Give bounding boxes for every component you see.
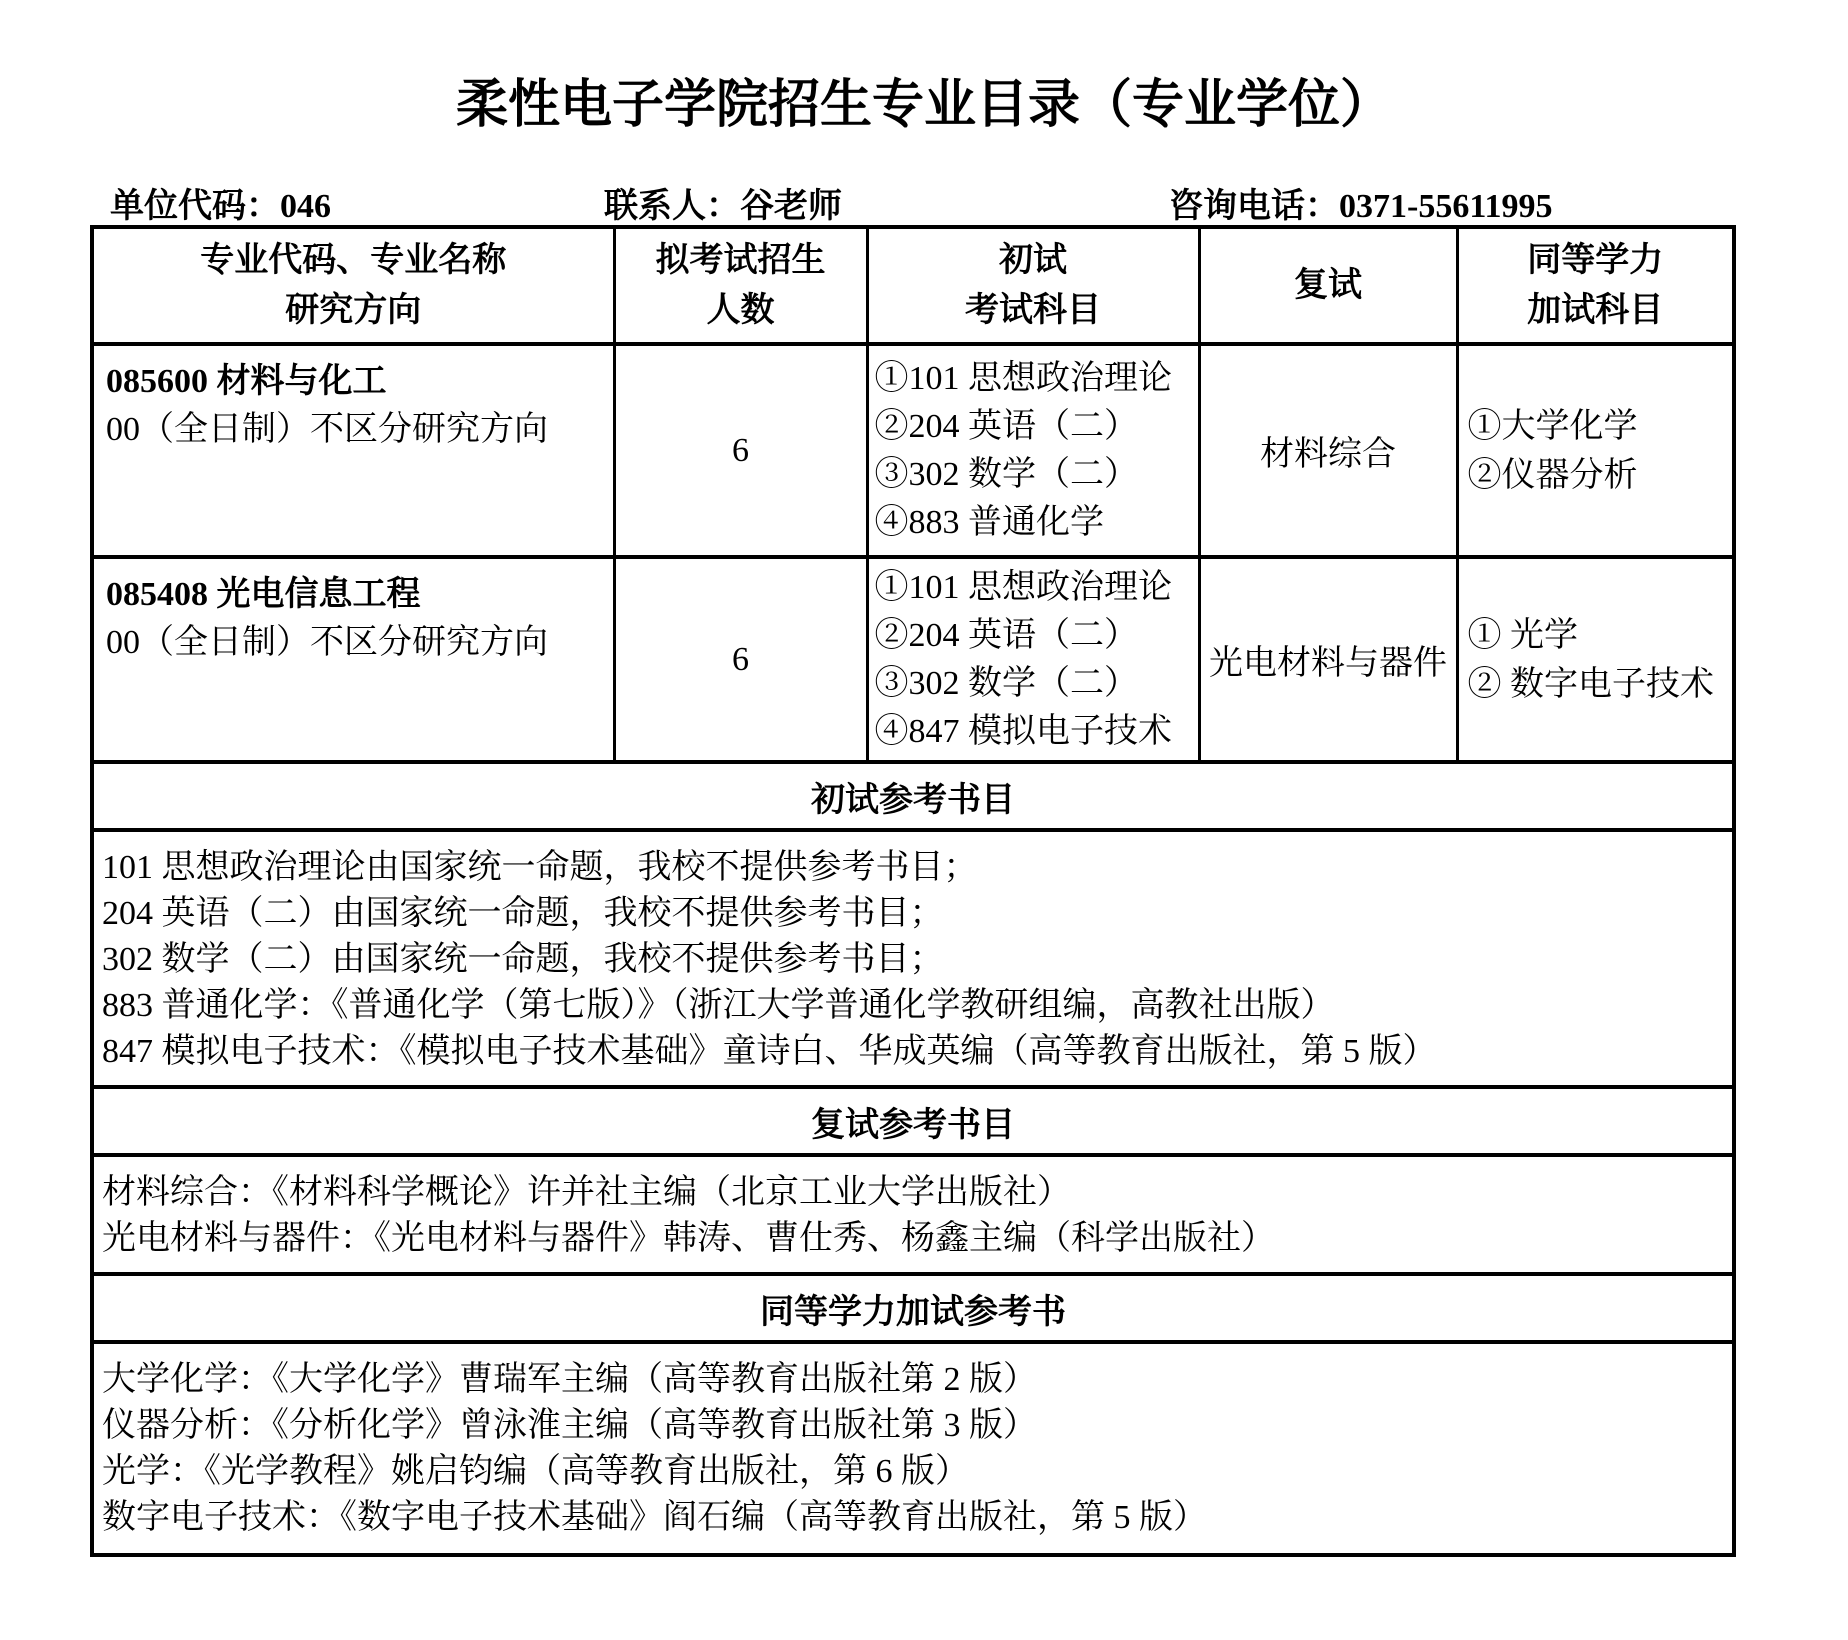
additional-subjects-cell: ①大学化学 ②仪器分析	[1457, 344, 1734, 557]
reference-line: 204 英语（二）由国家统一命题，我校不提供参考书目；	[102, 891, 1724, 937]
subject-line: ③302 数学（二）	[875, 660, 1196, 708]
subject-line: ③302 数学（二）	[875, 451, 1196, 499]
phone-number-text: 咨询电话：0371-55611995	[1169, 178, 1552, 227]
section-content: 大学化学：《大学化学》曹瑞军主编（高等教育出版社第 2 版） 仪器分析：《分析化…	[92, 1342, 1734, 1555]
column-header-initial-exam: 初试 考试科目	[867, 227, 1199, 344]
subject-line: ②204 英语（二）	[875, 403, 1196, 451]
admissions-table: 专业代码、专业名称 研究方向 拟考试招生 人数 初试 考试科目 复试 同等学力 …	[90, 225, 1736, 1557]
section-content-row-initial-refs: 101 思想政治理论由国家统一命题，我校不提供参考书目； 204 英语（二）由国…	[92, 830, 1734, 1087]
reference-line: 光电材料与器件：《光电材料与器件》韩涛、曹仕秀、杨鑫主编（科学出版社）	[102, 1216, 1724, 1262]
column-header-major: 专业代码、专业名称 研究方向	[92, 227, 614, 344]
section-title: 同等学力加试参考书	[92, 1274, 1734, 1342]
program-code-name-cell: 085408 光电信息工程 00（全日制）不区分研究方向	[92, 557, 614, 762]
program-code-name: 085600 材料与化工	[106, 358, 607, 406]
subject-line: ②204 英语（二）	[875, 612, 1196, 660]
column-header-line: 初试	[873, 236, 1194, 286]
reference-line: 数字电子技术：《数字电子技术基础》阎石编（高等教育出版社，第 5 版）	[102, 1495, 1724, 1541]
reference-line: 847 模拟电子技术：《模拟电子技术基础》童诗白、华成英编（高等教育出版社，第 …	[102, 1029, 1724, 1075]
section-content-row-retest-refs: 材料综合：《材料科学概论》许并社主编（北京工业大学出版社） 光电材料与器件：《光…	[92, 1155, 1734, 1274]
subject-line: ①101 思想政治理论	[875, 564, 1196, 612]
reference-line: 883 普通化学：《普通化学（第七版）》（浙江大学普通化学教研组编，高教社出版）	[102, 983, 1724, 1029]
column-header-line: 人数	[620, 286, 862, 336]
program-row-085408: 085408 光电信息工程 00（全日制）不区分研究方向 6 ①101 思想政治…	[92, 557, 1734, 762]
reference-line: 仪器分析：《分析化学》曾泳淮主编（高等教育出版社第 3 版）	[102, 1403, 1724, 1449]
reference-line: 光学：《光学教程》姚启钧编（高等教育出版社，第 6 版）	[102, 1449, 1724, 1495]
column-header-line: 拟考试招生	[620, 236, 862, 286]
program-direction: 00（全日制）不区分研究方向	[106, 406, 607, 454]
retest-subject: 光电材料与器件	[1199, 557, 1457, 762]
additional-subject-line: ①大学化学	[1468, 402, 1731, 451]
column-header-retest: 复试	[1199, 227, 1457, 344]
additional-subjects-cell: ① 光学 ② 数字电子技术	[1457, 557, 1734, 762]
additional-subject-line: ②仪器分析	[1468, 451, 1731, 500]
column-header-line: 研究方向	[98, 286, 609, 336]
column-header-quota: 拟考试招生 人数	[614, 227, 867, 344]
subject-line: ④883 普通化学	[875, 499, 1196, 547]
page-title: 柔性电子学院招生专业目录（专业学位）	[0, 0, 1848, 146]
reference-line: 101 思想政治理论由国家统一命题，我校不提供参考书目；	[102, 845, 1724, 891]
program-direction: 00（全日制）不区分研究方向	[106, 619, 607, 667]
column-header-line: 同等学力	[1463, 236, 1729, 286]
section-title: 初试参考书目	[92, 762, 1734, 830]
column-header-line: 考试科目	[873, 286, 1194, 336]
section-content: 材料综合：《材料科学概论》许并社主编（北京工业大学出版社） 光电材料与器件：《光…	[92, 1155, 1734, 1274]
section-header-row-additional-refs: 同等学力加试参考书	[92, 1274, 1734, 1342]
section-content: 101 思想政治理论由国家统一命题，我校不提供参考书目； 204 英语（二）由国…	[92, 830, 1734, 1087]
program-quota: 6	[614, 557, 867, 762]
table-header-row: 专业代码、专业名称 研究方向 拟考试招生 人数 初试 考试科目 复试 同等学力 …	[92, 227, 1734, 344]
subject-line: ④847 模拟电子技术	[875, 708, 1196, 756]
additional-subject-line: ① 光学	[1468, 611, 1731, 660]
section-header-row-initial-refs: 初试参考书目	[92, 762, 1734, 830]
contact-person-text: 联系人：谷老师	[604, 178, 842, 227]
reference-line: 302 数学（二）由国家统一命题，我校不提供参考书目；	[102, 937, 1724, 983]
retest-subject: 材料综合	[1199, 344, 1457, 557]
section-title: 复试参考书目	[92, 1087, 1734, 1155]
subject-line: ①101 思想政治理论	[875, 355, 1196, 403]
column-header-additional-exam: 同等学力 加试科目	[1457, 227, 1734, 344]
info-bar: 单位代码：046 联系人：谷老师 咨询电话：0371-55611995	[0, 146, 1848, 225]
reference-line: 材料综合：《材料科学概论》许并社主编（北京工业大学出版社）	[102, 1170, 1724, 1216]
additional-subject-line: ② 数字电子技术	[1468, 660, 1731, 709]
column-header-line: 复试	[1205, 261, 1452, 311]
unit-code-text: 单位代码：046	[110, 178, 331, 227]
program-quota: 6	[614, 344, 867, 557]
reference-line: 大学化学：《大学化学》曹瑞军主编（高等教育出版社第 2 版）	[102, 1357, 1724, 1403]
initial-subjects-cell: ①101 思想政治理论 ②204 英语（二） ③302 数学（二） ④847 模…	[867, 557, 1199, 762]
column-header-line: 加试科目	[1463, 286, 1729, 336]
column-header-line: 专业代码、专业名称	[98, 236, 609, 286]
section-header-row-retest-refs: 复试参考书目	[92, 1087, 1734, 1155]
document-page: 柔性电子学院招生专业目录（专业学位） 单位代码：046 联系人：谷老师 咨询电话…	[0, 0, 1848, 1640]
program-row-085600: 085600 材料与化工 00（全日制）不区分研究方向 6 ①101 思想政治理…	[92, 344, 1734, 557]
section-content-row-additional-refs: 大学化学：《大学化学》曹瑞军主编（高等教育出版社第 2 版） 仪器分析：《分析化…	[92, 1342, 1734, 1555]
program-code-name: 085408 光电信息工程	[106, 571, 607, 619]
initial-subjects-cell: ①101 思想政治理论 ②204 英语（二） ③302 数学（二） ④883 普…	[867, 344, 1199, 557]
program-code-name-cell: 085600 材料与化工 00（全日制）不区分研究方向	[92, 344, 614, 557]
